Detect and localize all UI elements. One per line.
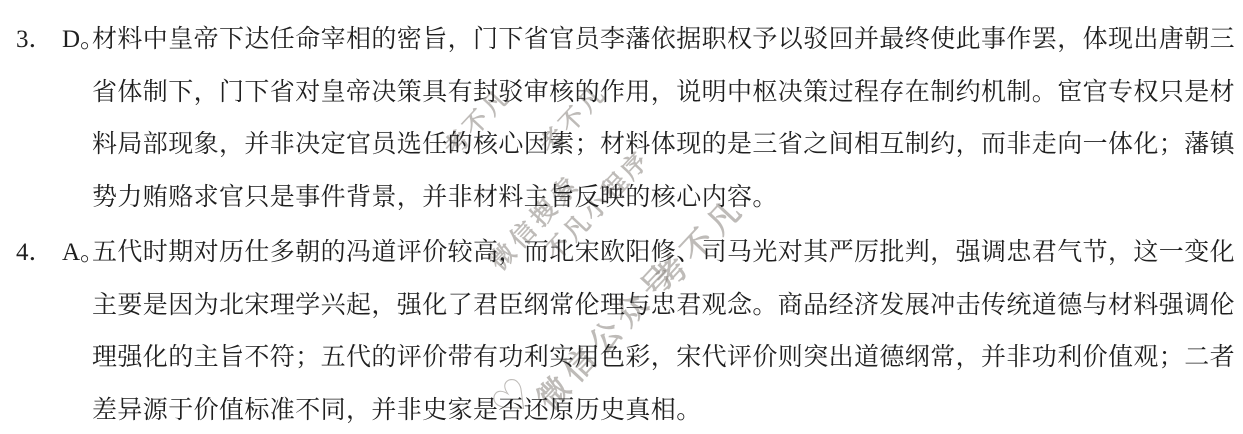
answer-sheet-page: 考不凡 微信搜索 考不凡 不凡小程序 ♡ 微信公众号 考不凡 3． D。 材料中… bbox=[0, 0, 1243, 434]
answer-line: 五代时期对历仕多朝的冯道评价较高，而北宋欧阳修、司马光对其严厉批判，强调忠君气节… bbox=[92, 227, 1243, 280]
answer-line: 理强化的主旨不符；五代的评价带有功利实用色彩，宋代评价则突出道德纲常，并非功利价… bbox=[92, 332, 1243, 385]
answer-line: 势力贿赂求官只是事件背景，并非材料主旨反映的核心内容。 bbox=[92, 172, 1243, 225]
answer-letter: A。 bbox=[62, 227, 105, 280]
answer-item-4: 4． A。 五代时期对历仕多朝的冯道评价较高，而北宋欧阳修、司马光对其严厉批判，… bbox=[0, 227, 1243, 434]
answer-line: 材料中皇帝下达任命宰相的密旨，门下省官员李藩依据职权予以驳回并最终使此事作罢，体… bbox=[92, 14, 1243, 67]
answer-letter: D。 bbox=[62, 14, 105, 67]
answer-line: 省体制下，门下省对皇帝决策具有封驳审核的作用，说明中枢决策过程存在制约机制。宦官… bbox=[92, 67, 1243, 120]
question-number: 4． bbox=[16, 227, 54, 280]
answer-item-3: 3． D。 材料中皇帝下达任命宰相的密旨，门下省官员李藩依据职权予以驳回并最终使… bbox=[0, 14, 1243, 224]
answer-line: 主要是因为北宋理学兴起，强化了君臣纲常伦理与忠君观念。商品经济发展冲击传统道德与… bbox=[92, 280, 1243, 333]
answer-explanations: 3． D。 材料中皇帝下达任命宰相的密旨，门下省官员李藩依据职权予以驳回并最终使… bbox=[0, 14, 1243, 434]
answer-line: 差异源于价值标准不同，并非史家是否还原历史真相。 bbox=[92, 385, 1243, 434]
answer-line: 料局部现象，并非决定官员选任的核心因素；材料体现的是三省之间相互制约，而非走向一… bbox=[92, 119, 1243, 172]
question-number: 3． bbox=[16, 14, 54, 67]
